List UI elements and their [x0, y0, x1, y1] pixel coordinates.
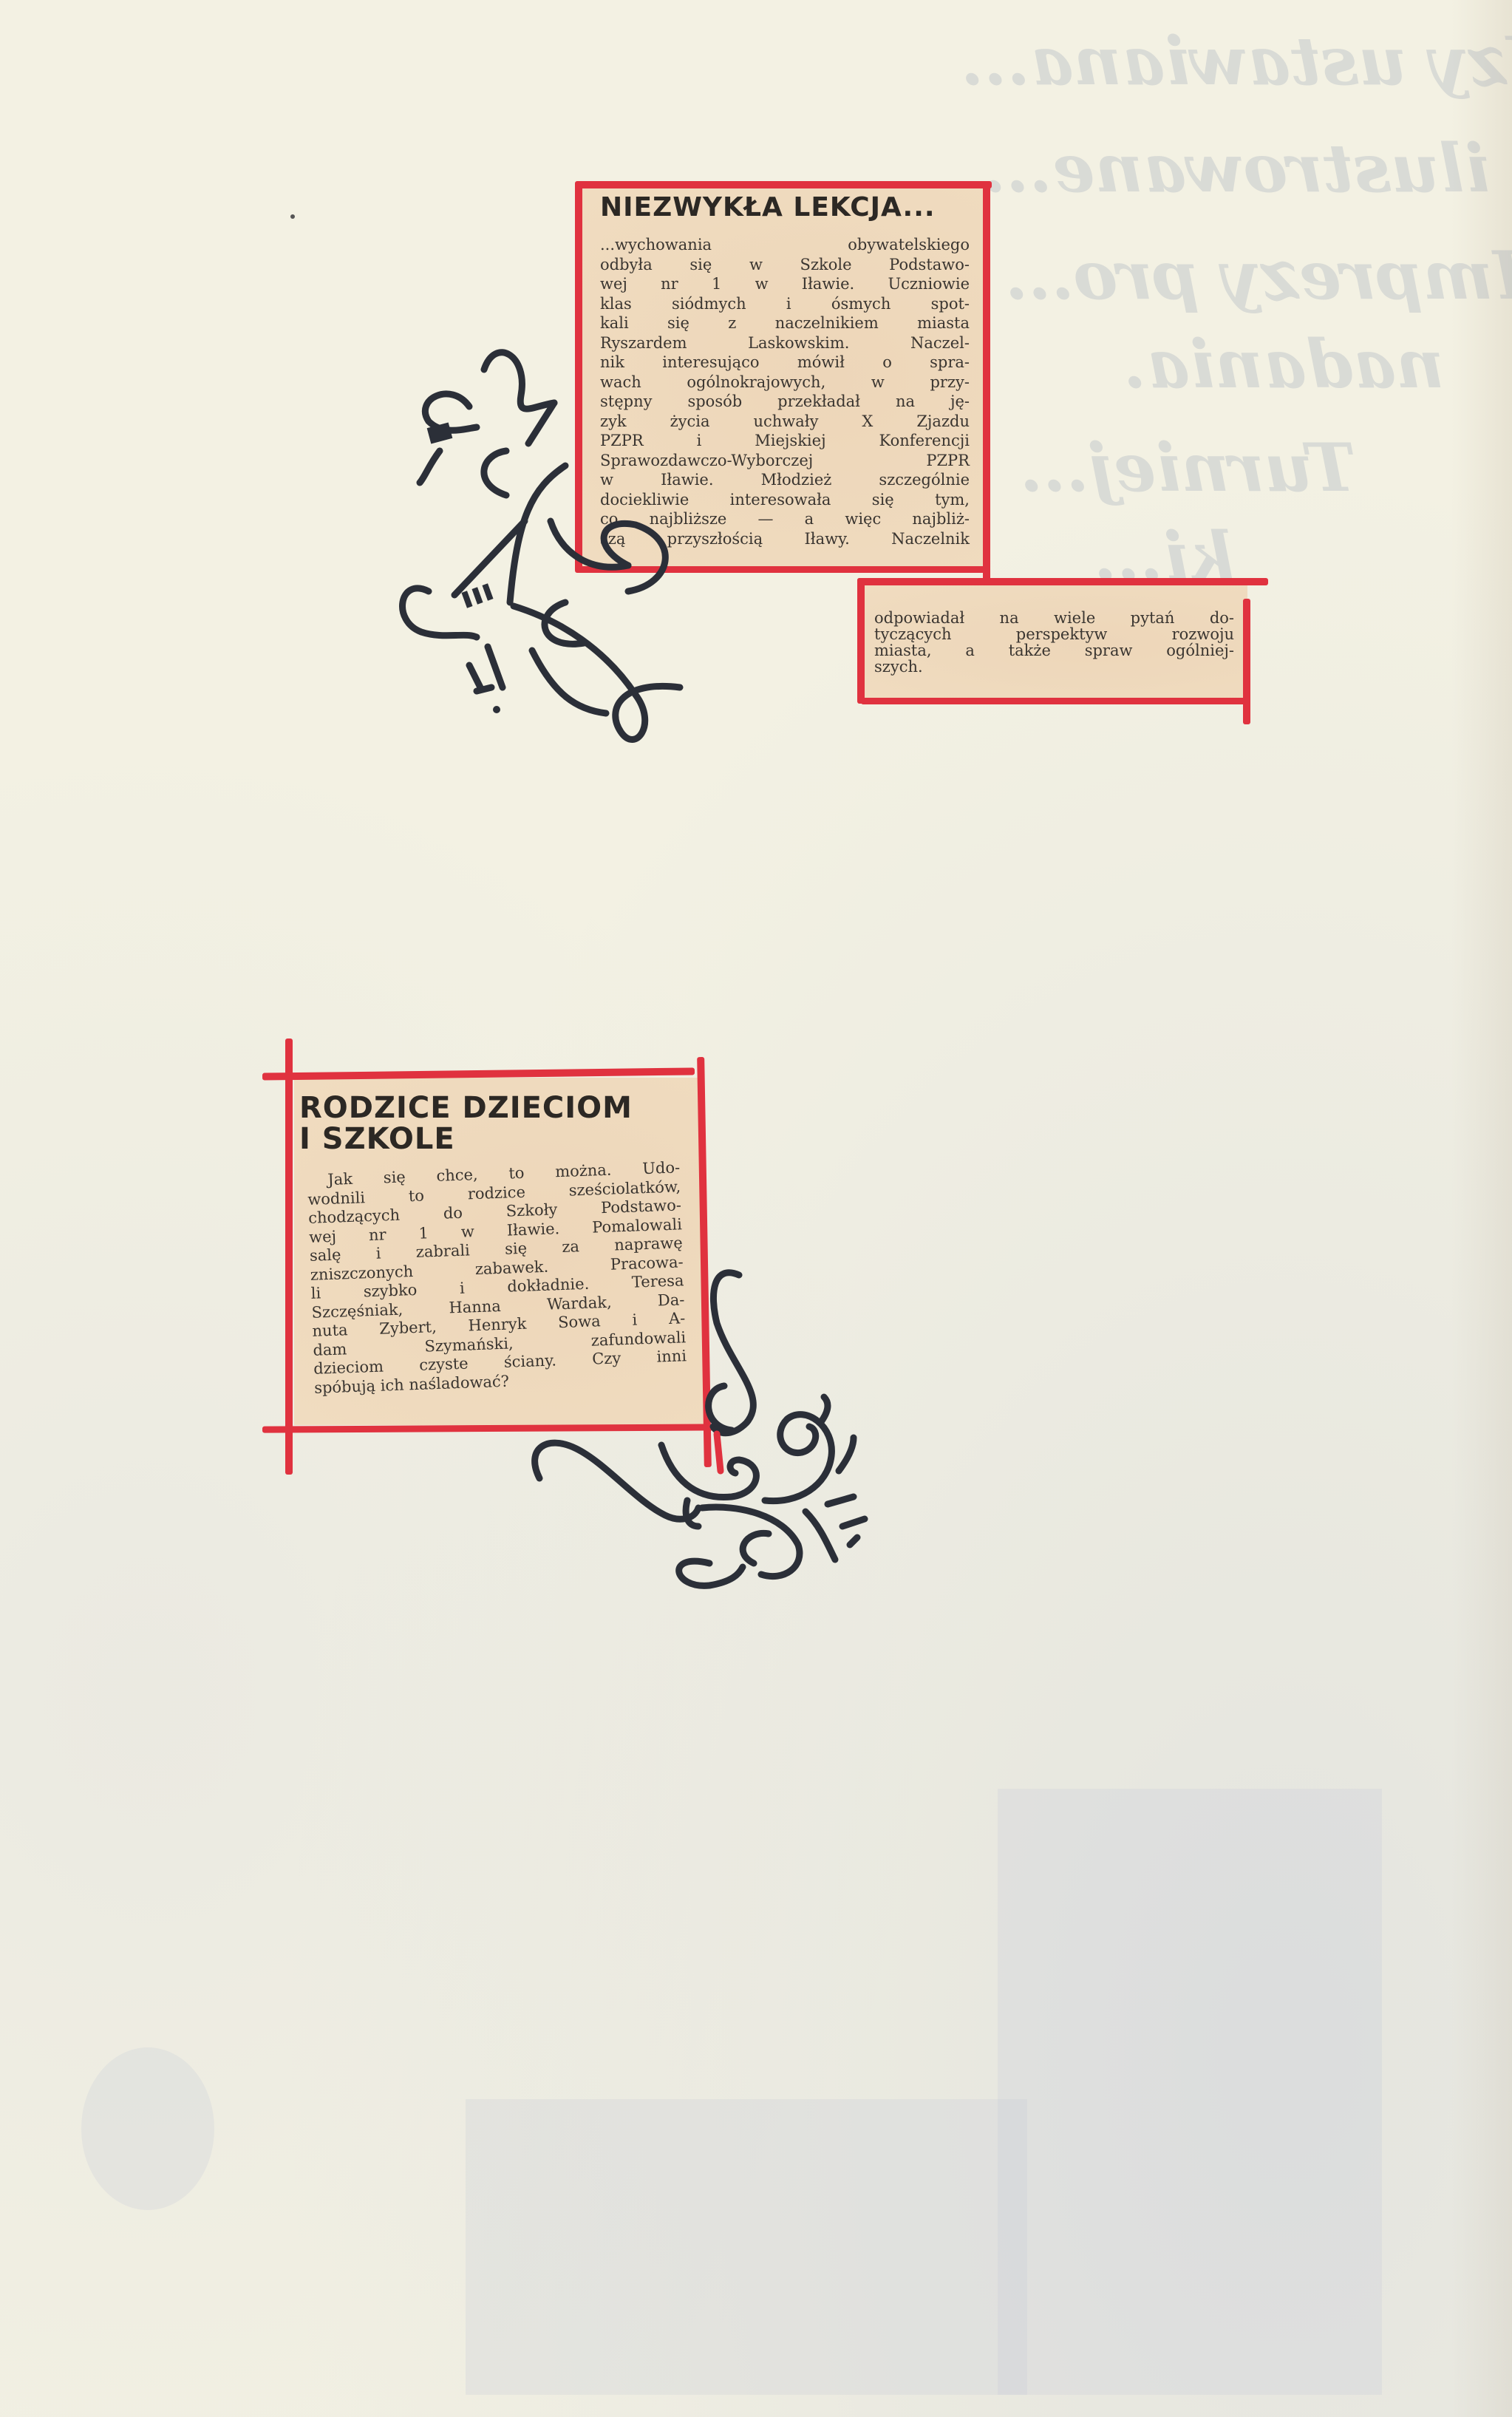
headline-line: I SZKOLE: [299, 1123, 633, 1155]
text-line: tyczących perspektyw rozwoju: [874, 626, 1234, 642]
ghost-photo-block: [81, 2047, 214, 2210]
scroll-ornament-icon: [384, 340, 695, 798]
paper-speck: [290, 214, 295, 219]
text-line: ...wychowania obywatelskiego: [600, 235, 970, 255]
red-frame-left: [857, 578, 865, 704]
red-frame-top: [857, 578, 1268, 585]
text-line: szych.: [874, 659, 1234, 675]
ghost-photo-block: [998, 1789, 1382, 2395]
red-frame-right: [1243, 599, 1250, 724]
headline: RODZICE DZIECIOM I SZKOLE: [299, 1092, 633, 1155]
text-line: klas siódmych i ósmych spot-: [600, 294, 970, 314]
ghost-line: Imprezy pro...: [1005, 237, 1512, 315]
red-frame-bottom: [861, 698, 1245, 704]
red-frame-left: [285, 1038, 293, 1475]
red-frame-top: [576, 181, 992, 188]
article-body-continuation: odpowiadał na wiele pytań do- tyczących …: [874, 610, 1234, 675]
text-line: odbyła się w Szkole Podstawo-: [600, 255, 970, 275]
ghost-line: ilustrowane...: [983, 129, 1490, 208]
text-line: kali się z naczelnikiem miasta: [600, 313, 970, 333]
headline-line: RODZICE DZIECIOM: [299, 1092, 633, 1123]
text-line: miasta, a także spraw ogólniej-: [874, 642, 1234, 659]
text-line: wej nr 1 w Iławie. Uczniowie: [600, 274, 970, 294]
headline: NIEZWYKŁA LEKCJA...: [600, 194, 936, 222]
ghost-line: Turniej...: [1020, 429, 1356, 507]
ghost-line: nadania.: [1123, 325, 1444, 404]
text-line: odpowiadał na wiele pytań do-: [874, 610, 1234, 626]
ghost-line: Izy ustawiana...: [961, 22, 1512, 101]
scroll-ornament-icon: [517, 1249, 887, 1597]
red-frame-right: [983, 181, 990, 580]
ghost-photo-block: [466, 2099, 1027, 2395]
